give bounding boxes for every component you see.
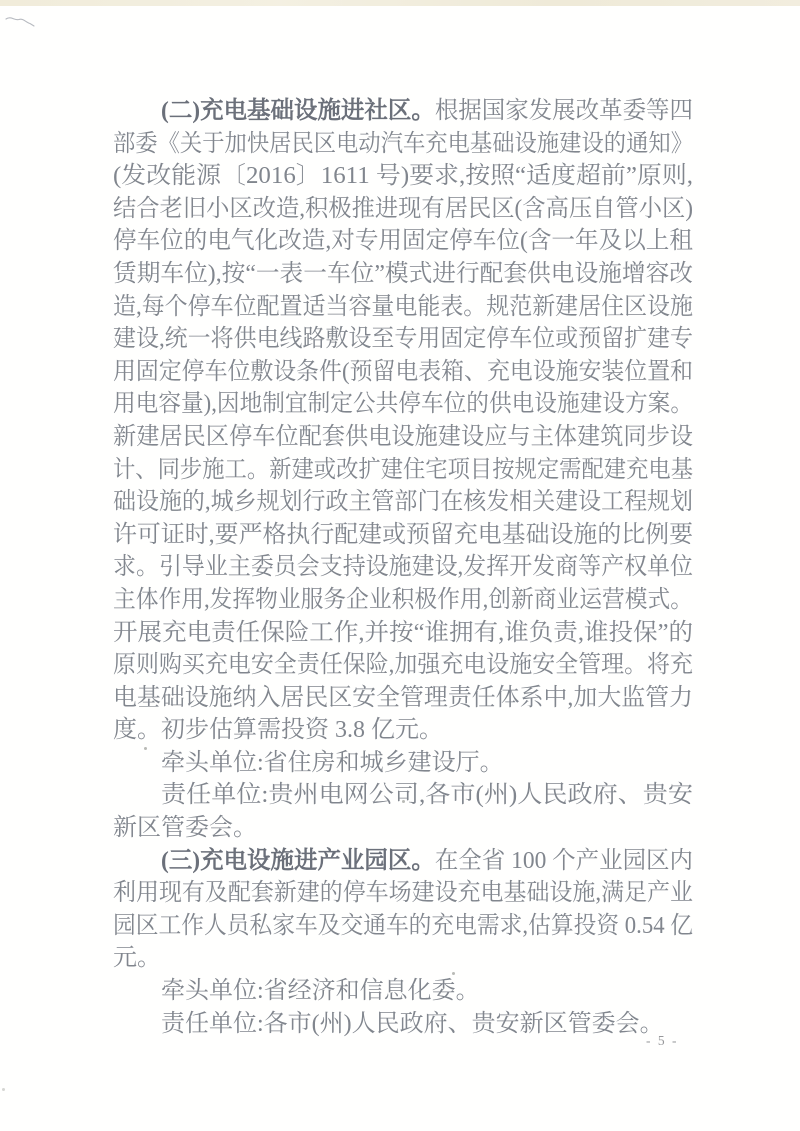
section-heading: (三)充电设施进产业园区。 [161, 848, 435, 874]
text-line: 计、同步施工。新建或改扩建住宅项目按规定需配建充电基 [113, 454, 693, 487]
text-line: 停车位的电气化改造,对专用固定停车位(含一年及以上租 [113, 225, 693, 258]
page-number: - 5 - [646, 1033, 679, 1049]
text-line: 牵头单位:省住房和城乡建设厅。 [113, 747, 693, 780]
text-line: (发改能源〔2016〕1611 号)要求,按照“适度超前”原则, [113, 160, 693, 193]
document-page: (二)充电基础设施进社区。根据国家发展改革委等四部委《关于加快居民区电动汽车充电… [0, 0, 800, 1131]
text-line: 责任单位:贵州电网公司,各市(州)人民政府、贵安 [113, 779, 693, 812]
text-line: 用固定停车位敷设条件(预留电表箱、充电设施安装位置和 [113, 356, 693, 389]
text-line: 用电容量),因地制宜制定公共停车位的供电设施建设方案。 [113, 388, 693, 421]
scan-speck [452, 972, 455, 975]
scan-speck [144, 747, 147, 750]
text-line: 园区工作人员私家车及交通车的充电需求,估算投资 0.54 亿 [113, 910, 693, 943]
text-line: 元。 [113, 942, 693, 975]
scan-edge-artifact [0, 0, 800, 6]
scan-speck [402, 800, 405, 803]
text-line: 结合老旧小区改造,积极推进现有居民区(含高压自管小区) [113, 193, 693, 226]
text-line: 部委《关于加快居民区电动汽车充电基础设施建设的通知》 [113, 128, 693, 161]
text-line: 础设施的,城乡规划行政主管部门在核发相关建设工程规划 [113, 486, 693, 519]
text-line: 赁期车位),按“一表一车位”模式进行配套供电设施增容改 [113, 258, 693, 291]
text-line: 牵头单位:省经济和信息化委。 [113, 975, 693, 1008]
text-line: 新建居民区停车位配套供电设施建设应与主体建筑同步设 [113, 421, 693, 454]
text-line: 许可证时,要严格执行配建或预留充电基础设施的比例要 [113, 519, 693, 552]
text-line: 造,每个停车位配置适当容量电能表。规范新建居住区设施 [113, 291, 693, 324]
text-line: 开展充电责任保险工作,并按“谁拥有,谁负责,谁投保”的 [113, 617, 693, 650]
scan-speck [2, 1088, 5, 1091]
text-line: 度。初步估算需投资 3.8 亿元。 [113, 714, 693, 747]
section-heading: (二)充电基础设施进社区。 [161, 98, 435, 124]
text-line: 原则购买充电安全责任保险,加强充电设施安全管理。将充 [113, 649, 693, 682]
text-line: 责任单位:各市(州)人民政府、贵安新区管委会。 [113, 1008, 693, 1041]
text-line: 主体作用,发挥物业服务企业积极作用,创新商业运营模式。 [113, 584, 693, 617]
text-line: 电基础设施纳入居民区安全管理责任体系中,加大监管力 [113, 682, 693, 715]
text-line: 利用现有及配套新建的停车场建设充电基础设施,满足产业 [113, 877, 693, 910]
text-line: (三)充电设施进产业园区。在全省 100 个产业园区内 [113, 845, 693, 878]
text-line: 新区管委会。 [113, 812, 693, 845]
pen-squiggle-mark [5, 14, 41, 30]
text-line: 求。引导业主委员会支持设施建设,发挥开发商等产权单位 [113, 551, 693, 584]
text-line: (二)充电基础设施进社区。根据国家发展改革委等四 [113, 95, 693, 128]
text-line: 建设,统一将供电线路敷设至专用固定停车位或预留扩建专 [113, 323, 693, 356]
document-body: (二)充电基础设施进社区。根据国家发展改革委等四部委《关于加快居民区电动汽车充电… [113, 95, 693, 1040]
